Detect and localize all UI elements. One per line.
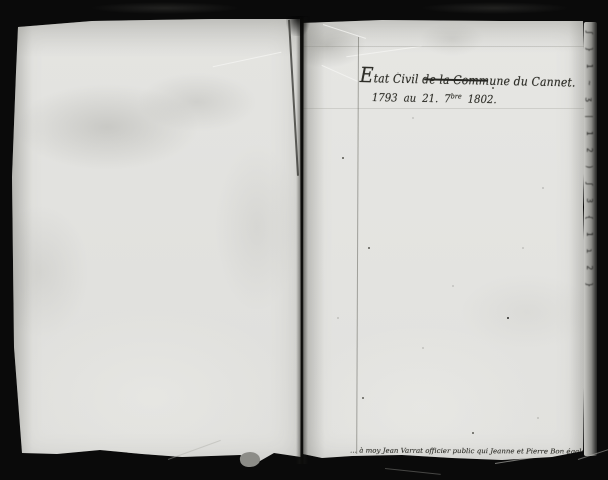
right-page: Etat Civil de la Commune du Cannet. 1793… xyxy=(302,17,586,464)
date-prefix: 1793 au 21. 7 xyxy=(372,91,451,105)
scan-scratch xyxy=(385,468,441,475)
date-superscript: bre xyxy=(451,92,462,100)
scan-bed-smudge xyxy=(420,2,570,14)
date-suffix: 1802. xyxy=(462,93,497,107)
margin-rule-line xyxy=(356,37,359,454)
dust-specks xyxy=(12,17,14,19)
paper-crease-highlight xyxy=(213,52,282,68)
left-page xyxy=(12,17,301,464)
fore-edge-strip: ʃ}1~ʒ|12)ʃ3{1ɿ2} xyxy=(584,22,597,456)
scan-bed-smudge xyxy=(90,2,240,14)
date-line-handwritten: 1793 au 21. 7bre 1802. xyxy=(372,92,497,105)
scanned-register-spread: Etat Civil de la Commune du Cannet. 1793… xyxy=(0,0,608,480)
paper-crease-highlight xyxy=(322,65,359,82)
faint-ruled-line xyxy=(302,108,586,109)
page-heading-handwritten: Etat Civil de la Commune du Cannet. xyxy=(360,65,576,91)
faint-ruled-line xyxy=(302,46,586,47)
fore-edge-ink-marks: ʃ}1~ʒ|12)ʃ3{1ɿ2} xyxy=(585,30,594,299)
paper-crease-highlight xyxy=(323,24,366,39)
